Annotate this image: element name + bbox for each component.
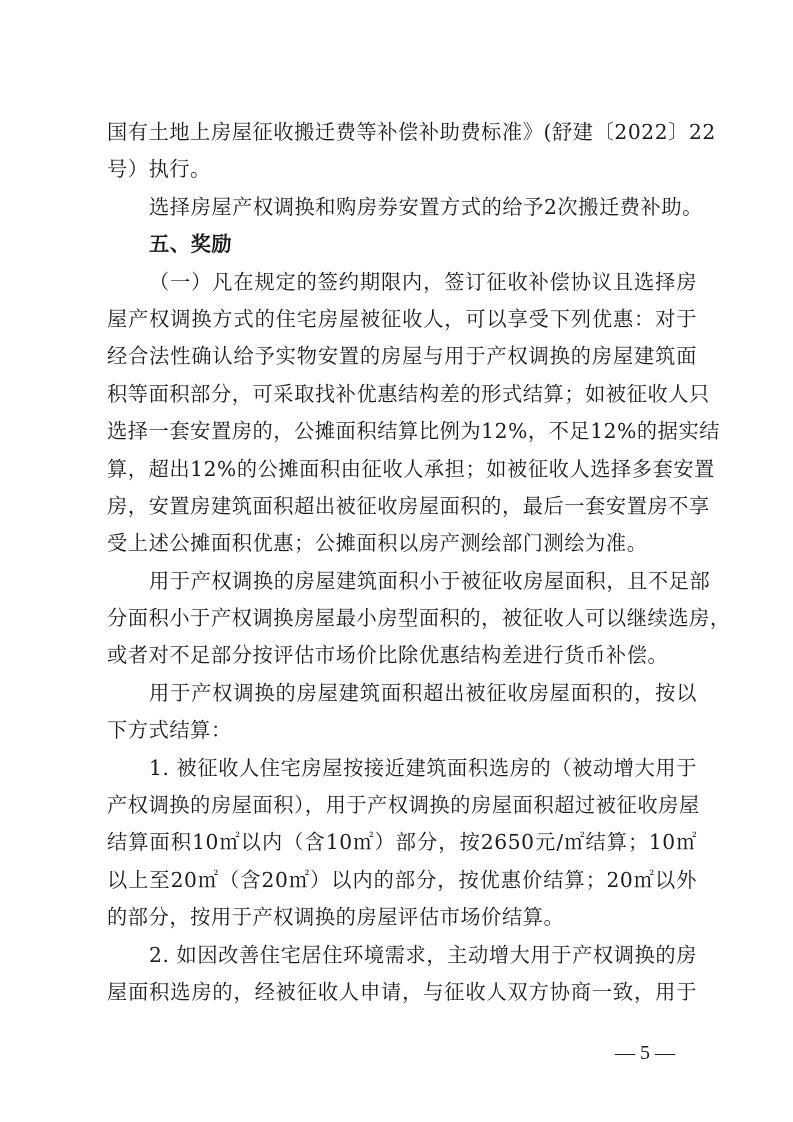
text-line: 2. 如因改善住宅居住环境需求，主动增大用于产权调换的房 [107,937,697,974]
text-line: 结算面积10㎡以内（含10㎡）部分，按2650元/㎡结算；10㎡ [107,824,697,861]
document-page: 国有土地上房屋征收搬迁费等补偿补助费标准》(舒建〔2022〕22 号）执行。 选… [107,114,697,1011]
text-line: 分面积小于产权调换房屋最小房型面积的，被征收人可以继续选房， [107,600,697,637]
text-line: 国有土地上房屋征收搬迁费等补偿补助费标准》(舒建〔2022〕22 [107,114,697,151]
text-line: 选择房屋产权调换和购房券安置方式的给予2次搬迁费补助。 [107,189,697,226]
text-line: 的部分，按用于产权调换的房屋评估市场价结算。 [107,899,697,936]
text-line: 积等面积部分，可采取找补优惠结构差的形式结算；如被征收人只 [107,376,697,413]
text-line: 屋面积选房的，经被征收人申请，与征收人双方协商一致，用于 [107,974,697,1011]
text-line: 以上至20㎡（含20㎡）以内的部分，按优惠价结算；20㎡以外 [107,862,697,899]
text-line: 屋产权调换方式的住宅房屋被征收人，可以享受下列优惠：对于 [107,301,697,338]
text-line: 经合法性确认给予实物安置的房屋与用于产权调换的房屋建筑面 [107,338,697,375]
text-line: 受上述公摊面积优惠；公摊面积以房产测绘部门测绘为准。 [107,525,697,562]
text-line: 1. 被征收人住宅房屋按接近建筑面积选房的（被动增大用于 [107,750,697,787]
text-line: 算，超出12%的公摊面积由征收人承担；如被征收人选择多套安置 [107,451,697,488]
text-line: 产权调换的房屋面积），用于产权调换的房屋面积超过被征收房屋 [107,787,697,824]
text-line: 号）执行。 [107,151,697,188]
text-line: 选择一套安置房的，公摊面积结算比例为12%，不足12%的据实结 [107,413,697,450]
text-line: 房，安置房建筑面积超出被征收房屋面积的，最后一套安置房不享 [107,488,697,525]
page-number: — 5 — [612,1040,678,1066]
text-line: 下方式结算： [107,712,697,749]
text-line: （一）凡在规定的签约期限内，签订征收补偿协议且选择房 [107,264,697,301]
text-line: 用于产权调换的房屋建筑面积超出被征收房屋面积的，按以 [107,675,697,712]
section-heading: 五、奖励 [107,226,697,263]
text-line: 用于产权调换的房屋建筑面积小于被征收房屋面积，且不足部 [107,563,697,600]
text-line: 或者对不足部分按评估市场价比除优惠结构差进行货币补偿。 [107,637,697,674]
